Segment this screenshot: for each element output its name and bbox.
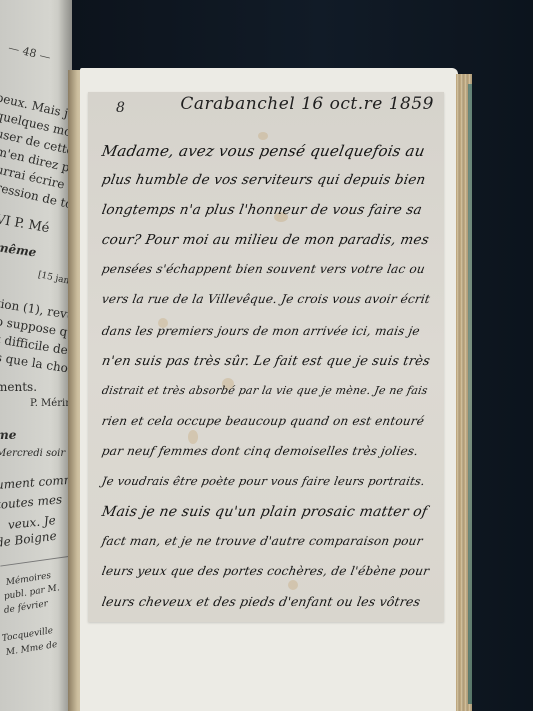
letter-line: plus humble de vos serviteurs qui depuis…: [101, 172, 427, 188]
letter-line: leurs yeux que des portes cochères, de l…: [101, 564, 431, 578]
left-page-line: VI P. Mé: [0, 212, 51, 236]
letter-number: 8: [116, 100, 125, 116]
left-page-number: — 48 —: [7, 41, 52, 64]
letter-line: Madame, avez vous pensé quelquefois au: [100, 142, 426, 160]
letter-place-date: Carabanchel 16 oct.re 1859: [180, 94, 434, 114]
left-page-footnote: M. Mme de: [5, 640, 58, 658]
left-page-line: me: [0, 428, 16, 442]
foxing-stain: [258, 132, 268, 140]
letter-line: rien et cela occupe beaucoup quand on es…: [101, 414, 426, 428]
letter-line: fact man, et je ne trouve d'autre compar…: [101, 534, 424, 548]
left-book-page: — 48 — peux. Mais je n'ose quelques mome…: [0, 0, 72, 711]
marbled-edge: [468, 84, 472, 704]
foxing-stain: [188, 430, 198, 444]
letter-line: par neuf femmes dont cinq demoiselles tr…: [101, 444, 420, 458]
foxing-stain: [288, 580, 298, 590]
left-page-footnote: de février: [3, 599, 49, 616]
letter-line: n'en suis pas très sûr. Le fait est que …: [101, 354, 432, 369]
letter-line: vers la rue de la Villevêque. Je crois v…: [101, 292, 431, 306]
left-page-line: ments.: [0, 380, 37, 394]
letter-line: pensées s'échappent bien souvent vers vo…: [101, 262, 426, 276]
left-page-line: toutes mes: [0, 492, 63, 512]
page-edges: [456, 74, 472, 711]
handwritten-letter: 8 Carabanchel 16 oct.re 1859 Madame, ave…: [88, 92, 444, 622]
letter-line: leurs cheveux et des pieds d'enfant ou l…: [101, 594, 422, 609]
letter-line: longtemps n'a plus l'honneur de vous fai…: [101, 202, 424, 218]
letter-line: Je voudrais être poète pour vous faire l…: [101, 474, 426, 488]
letter-line: Mais je ne suis qu'un plain prosaic matt…: [101, 504, 429, 520]
letter-line: distrait et très absorbé par la vie que …: [101, 384, 429, 397]
letter-line: cour? Pour moi au milieu de mon paradis,…: [101, 232, 431, 248]
letter-line: dans les premiers jours de mon arrivée i…: [101, 324, 421, 338]
left-page-line: même: [0, 240, 37, 260]
